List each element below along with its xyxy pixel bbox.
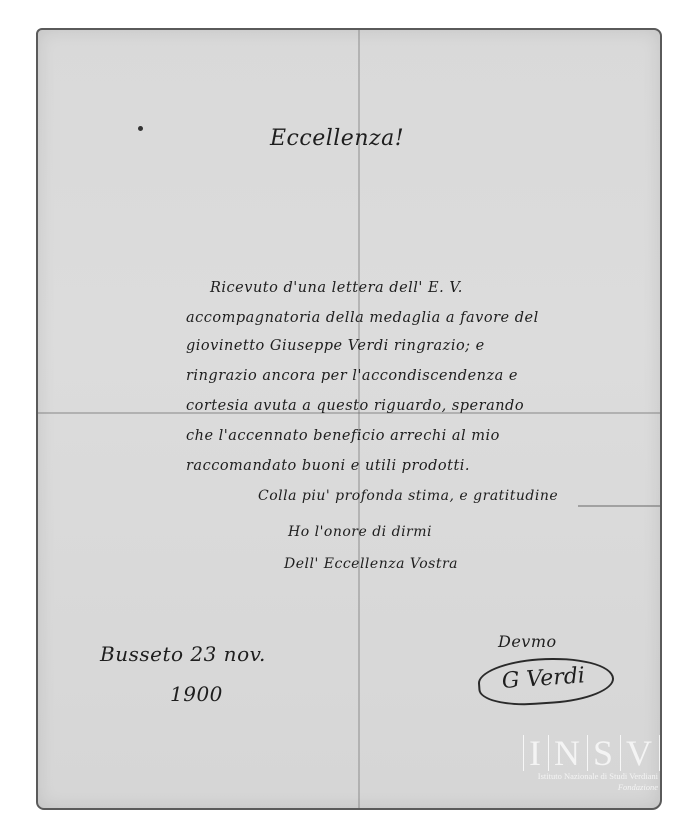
- logo-letter: S: [587, 735, 620, 771]
- ink-spot: [138, 126, 143, 131]
- logo-letter: I: [523, 735, 548, 771]
- place-and-date: Busseto 23 nov.: [100, 642, 266, 666]
- signature: G Verdi: [501, 663, 586, 694]
- insv-logo-mark: I N S V: [510, 735, 660, 771]
- body-line: accompagnatoria della medaglia a favore …: [186, 310, 539, 326]
- body-line: giovinetto Giuseppe Verdi ringrazio; e: [186, 338, 485, 354]
- body-line: cortesia avuta a questo riguardo, speran…: [186, 398, 524, 414]
- closing-line: Ho l'onore di dirmi: [288, 524, 432, 540]
- salutation: Eccellenza!: [270, 126, 404, 151]
- right-edge-crease: [578, 505, 660, 507]
- logo-letter: N: [548, 735, 587, 771]
- body-line: ringrazio ancora per l'accondiscendenza …: [186, 368, 518, 384]
- body-line: Ricevuto d'una lettera dell' E. V.: [210, 280, 463, 296]
- insv-watermark-logo: I N S V Istituto Nazionale di Studi Verd…: [510, 735, 660, 797]
- body-line: che l'accennato beneficio arrechi al mio: [186, 428, 500, 444]
- letter-paper: Eccellenza! Ricevuto d'una lettera dell'…: [36, 28, 662, 810]
- institution-subtitle: Fondazione: [510, 782, 660, 793]
- closing-line: Colla piu' profonda stima, e gratitudine: [258, 488, 558, 504]
- logo-letter: V: [620, 735, 660, 771]
- signature-flourish: G Verdi: [477, 653, 616, 708]
- body-line: raccomandato buoni e utili prodotti.: [186, 458, 470, 474]
- valediction: Devmo: [498, 632, 557, 651]
- year: 1900: [170, 682, 223, 706]
- closing-line: Dell' Eccellenza Vostra: [284, 556, 458, 572]
